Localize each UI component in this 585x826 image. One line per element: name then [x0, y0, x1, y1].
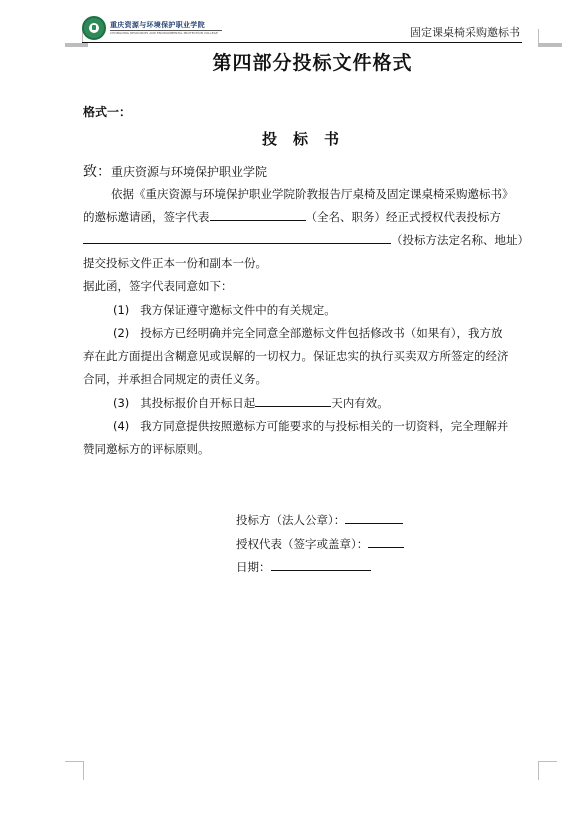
para-text: （投标方法定名称、地址） — [391, 233, 529, 247]
bidder-name-address-blank[interactable] — [83, 231, 391, 244]
item-number: (3) — [113, 396, 129, 410]
validity-days-blank[interactable] — [255, 394, 331, 407]
para-1-line-1: 依据《重庆资源与环境保护职业学院阶教报告厅桌椅及固定课桌椅采购邀标书》 — [111, 183, 514, 206]
para-2: 据此函，签字代表同意如下： — [83, 275, 233, 298]
item-4-line-1: (4) 我方同意提供按照邀标方可能要求的与投标相关的一切资料，完全理解并 — [113, 415, 508, 438]
bidder-seal-label: 投标方（法人公章）： — [236, 513, 345, 527]
signatory-name-blank[interactable] — [210, 208, 306, 221]
running-title: 固定课桌椅采购邀标书 — [410, 24, 520, 40]
crop-mark-bottom-left — [65, 761, 84, 780]
doc-title-char: 书 — [324, 130, 339, 148]
recipient-name: 重庆资源与环境保护职业学院 — [111, 165, 267, 179]
item-4-line-2: 赞同邀标方的评标原则。 — [83, 438, 210, 461]
doc-title-char: 投 — [262, 130, 277, 148]
item-number: (4) — [113, 419, 129, 433]
date-line: 日期： — [236, 558, 371, 575]
format-label: 格式一： — [83, 103, 131, 120]
bidder-seal-line: 投标方（法人公章）： — [236, 511, 403, 528]
doc-title-char: 标 — [293, 130, 308, 148]
para-1-line-4: 提交投标文件正本一份和副本一份。 — [83, 252, 267, 275]
item-text: 天内有效。 — [331, 396, 389, 410]
representative-line: 授权代表（签字或盖章）： — [236, 535, 404, 552]
item-text: 我方保证遵守邀标文件中的有关规定。 — [140, 303, 336, 317]
item-2-line-3: 合同，并承担合同规定的责任义务。 — [83, 368, 267, 391]
item-1: (1) 我方保证遵守邀标文件中的有关规定。 — [113, 299, 336, 322]
item-3: (3) 其投标报价自开标日起天内有效。 — [113, 392, 389, 415]
crop-mark-top-right-h — [538, 43, 562, 47]
item-text: 我方同意提供按照邀标方可能要求的与投标相关的一切资料，完全理解并 — [140, 419, 508, 433]
representative-label: 授权代表（签字或盖章）： — [236, 537, 368, 551]
item-text: 投标方已经明确并完全同意全部邀标文件包括修改书（如果有），我方放 — [140, 326, 502, 340]
para-text: （全名、职务）经正式授权代表投标方 — [306, 210, 502, 224]
crop-mark-bottom-right — [538, 761, 557, 780]
crop-mark-top-left-h — [65, 43, 88, 47]
logo-org-name: 重庆资源与环境保护职业学院 — [110, 20, 205, 30]
item-text: 其投标报价自开标日起 — [140, 396, 255, 410]
para-text: 的邀标邀请函，签字代表 — [83, 210, 210, 224]
item-number: (2) — [113, 326, 129, 340]
representative-blank[interactable] — [368, 535, 404, 548]
item-2-line-1: (2) 投标方已经明确并完全同意全部邀标文件包括修改书（如果有），我方放 — [113, 322, 503, 345]
page-header: 重庆资源与环境保护职业学院 CHONGQING RESOURCES AND EN… — [82, 14, 522, 43]
crop-mark-top-left — [65, 29, 83, 43]
doc-title: 投标书 — [262, 128, 355, 149]
recipient-line: 致：重庆资源与环境保护职业学院 — [83, 161, 267, 181]
part-title: 第四部分投标文件格式 — [0, 48, 585, 75]
document-page: 重庆资源与环境保护职业学院 CHONGQING RESOURCES AND EN… — [0, 0, 585, 826]
para-1-line-2: 的邀标邀请函，签字代表（全名、职务）经正式授权代表投标方 — [83, 206, 501, 229]
date-blank[interactable] — [271, 558, 371, 571]
item-2-line-2: 弃在此方面提出含糊意见或误解的一切权力。保证忠实的执行买卖双方所签定的经济 — [83, 345, 509, 368]
para-1-line-3: （投标方法定名称、地址） — [83, 229, 529, 252]
bidder-seal-blank[interactable] — [345, 511, 403, 524]
college-logo-icon — [82, 16, 106, 40]
recipient-prefix: 致： — [83, 164, 111, 180]
item-number: (1) — [113, 303, 129, 317]
logo-org-subtitle: CHONGQING RESOURCES AND ENVIRONMENTAL PR… — [110, 30, 222, 34]
date-label: 日期： — [236, 560, 271, 574]
crop-mark-top-right — [538, 29, 557, 43]
